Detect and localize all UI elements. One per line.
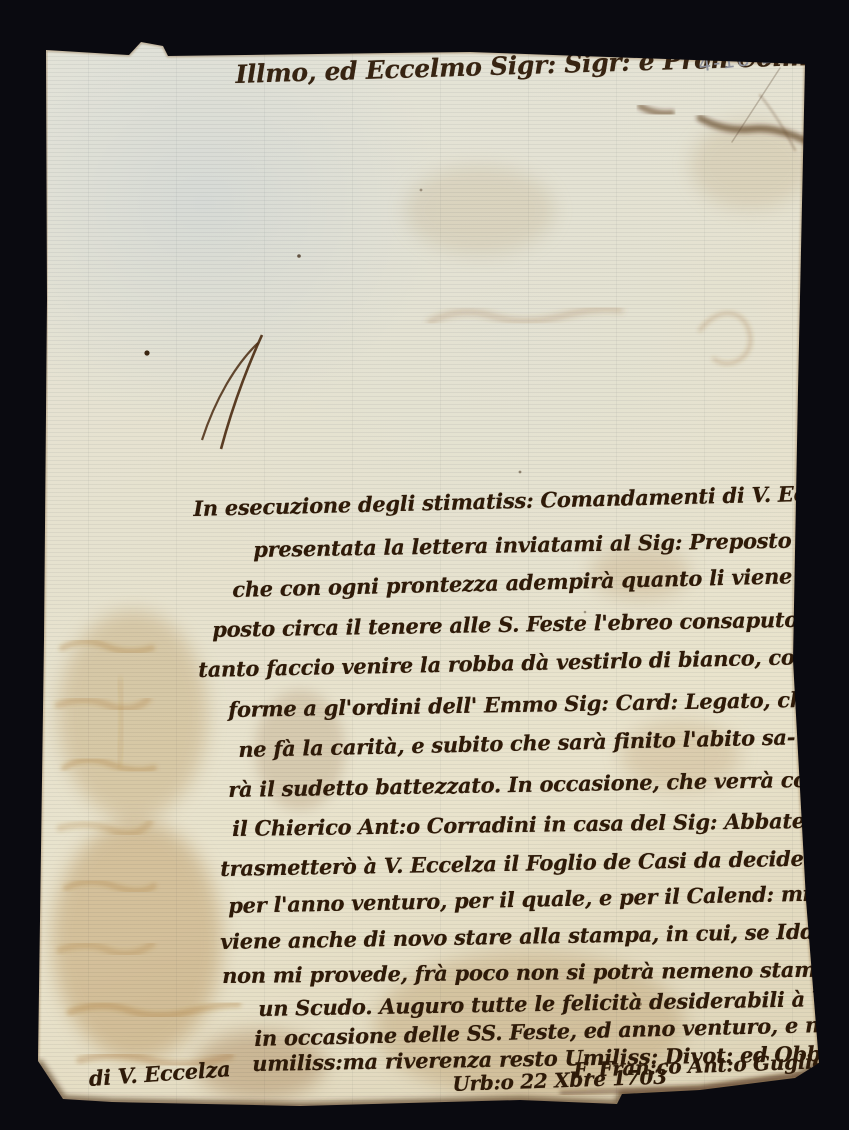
body-line: che con ogni prontezza adempirà quanto l… xyxy=(232,562,837,602)
body-line: per l'anno venturo, per il quale, e per … xyxy=(228,880,849,918)
manuscript-page: Illmo, ed Eccelmo Sigr: Sigr: e Pron Col… xyxy=(0,0,849,1130)
body-line: In esecuzione degli stimatiss: Comandame… xyxy=(193,479,849,521)
body-line: viene anche di novo stare alla stampa, i… xyxy=(220,918,836,954)
closing-address: di V. Eccelza xyxy=(88,1056,231,1091)
body-line: il Chierico Ant:o Corradini in casa del … xyxy=(232,807,849,841)
body-line: forme a gl'ordini dell' Emmo Sig: Card: … xyxy=(228,687,818,722)
body-line: ne fà la carità, e subito che sarà finit… xyxy=(238,724,795,762)
body-line: trasmetterò à V. Eccelza il Foglio de Ca… xyxy=(220,845,834,881)
body-line: rà il sudetto battezzato. In occasione, … xyxy=(228,766,836,802)
body-line: posto circa il tenere alle S. Feste l'eb… xyxy=(212,606,836,642)
body-line: non mi provede, frà poco non si potrà ne… xyxy=(222,956,849,988)
handwriting-layer: Illmo, ed Eccelmo Sigr: Sigr: e Pron Col… xyxy=(0,0,849,1130)
body-line: tanto faccio venire la robba dà vestirlo… xyxy=(198,644,818,682)
scan-background: Illmo, ed Eccelmo Sigr: Sigr: e Pron Col… xyxy=(0,0,849,1130)
body-line: presentata la lettera inviatami al Sig: … xyxy=(253,526,849,562)
